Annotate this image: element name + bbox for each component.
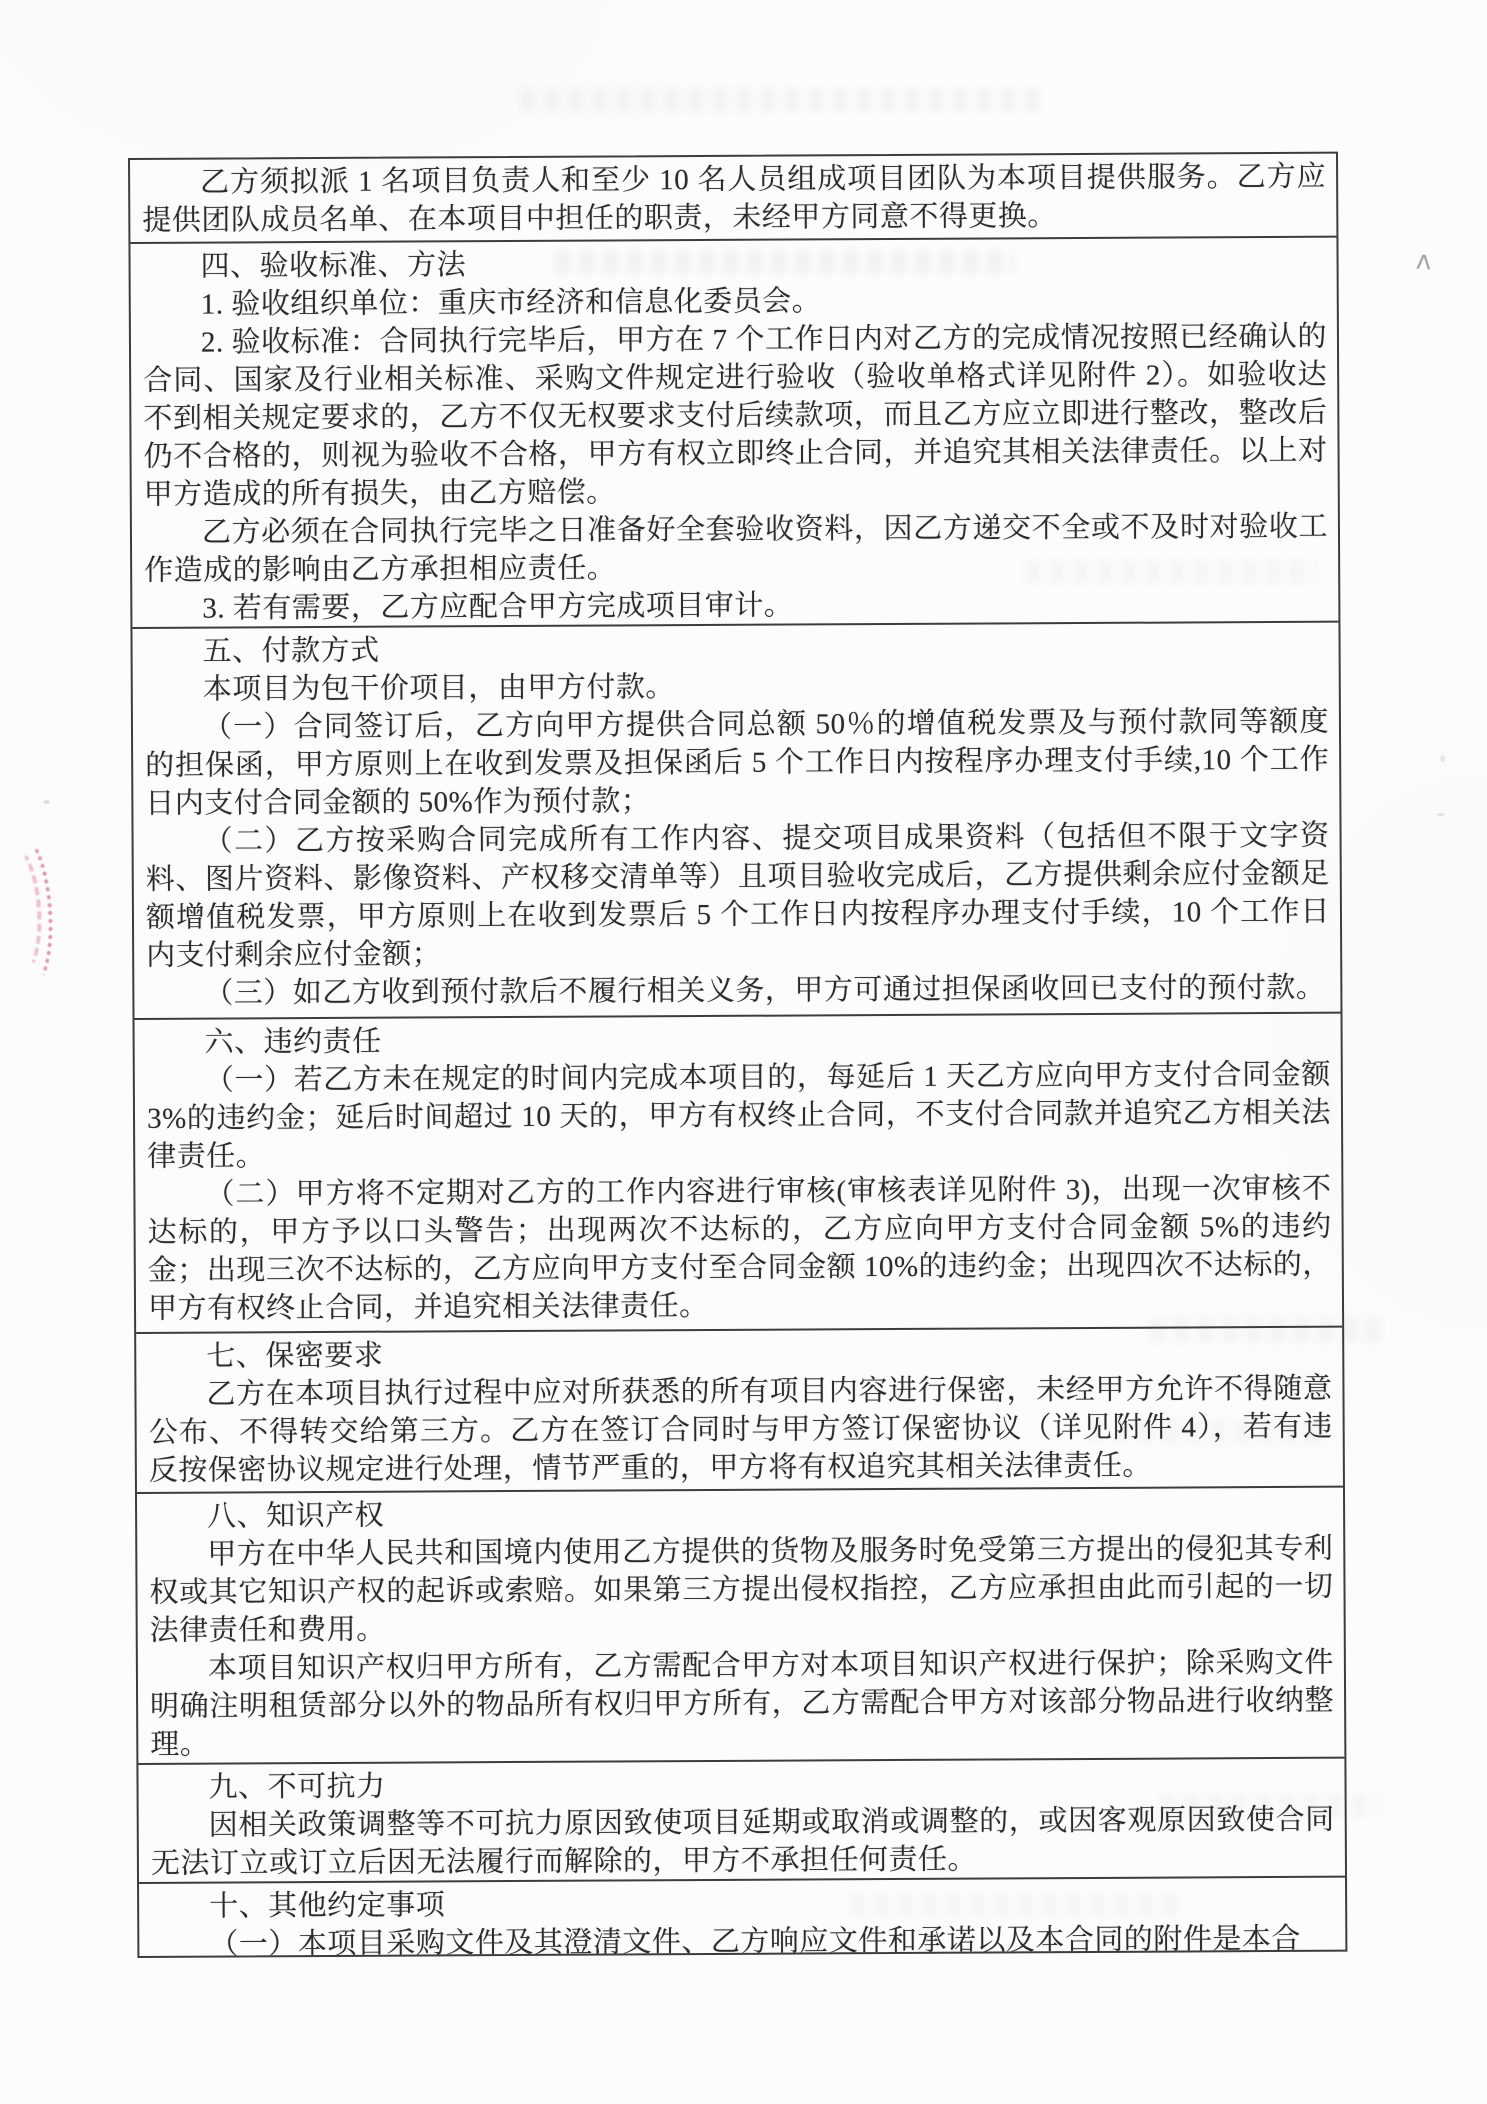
paragraph: 3. 若有需要，乙方应配合甲方完成项目审计。: [144, 584, 1328, 627]
table-row-force-majeure: 九、不可抗力 因相关政策调整等不可抗力原因致使项目延期或取消或调整的，或因客观原…: [138, 1757, 1345, 1882]
pink-ink-mark: [0, 831, 57, 990]
paragraph: （一）本项目采购文件及其澄清文件、乙方响应文件和承诺以及本合同的附件是本合: [151, 1920, 1335, 1956]
paragraph: 乙方必须在合同执行完毕之日准备好全套验收资料，因乙方递交不全或不及时对验收工作造…: [144, 508, 1328, 590]
contract-terms-table: 乙方须拟派 1 名项目负责人和至少 10 名人员组成项目团队为本项目提供服务。乙…: [128, 152, 1347, 1958]
paragraph: 乙方须拟派 1 名项目负责人和至少 10 名人员组成项目团队为本项目提供服务。乙…: [142, 158, 1326, 240]
section-heading: 五、付款方式: [144, 627, 1328, 671]
scan-speck: [1436, 813, 1445, 816]
table-row-intellectual-property: 八、知识产权 甲方在中华人民共和国境内使用乙方提供的货物及服务时免受第三方提出的…: [137, 1486, 1344, 1763]
paragraph: （二）甲方将不定期对乙方的工作内容进行审核(审核表详见附件 3)，出现一次审核不…: [147, 1170, 1332, 1328]
paragraph: 2. 验收标准：合同执行完毕后，甲方在 7 个工作日内对乙方的完成情况按照已经确…: [143, 318, 1328, 514]
paragraph: 乙方在本项目执行过程中应对所获悉的所有项目内容进行保密，未经甲方允许不得随意公布…: [148, 1370, 1333, 1490]
paragraph: 本项目知识产权归甲方所有，乙方需配合甲方对本项目知识产权进行保护；除采购文件明确…: [150, 1644, 1335, 1763]
scan-caret-mark: ᴧ: [1415, 246, 1432, 277]
section-heading: 七、保密要求: [148, 1332, 1332, 1376]
paragraph: 本项目为包干价项目，由甲方付款。: [145, 665, 1329, 709]
paragraph: 因相关政策调整等不可抗力原因致使项目延期或取消或调整的，或因客观原因致使合同无法…: [151, 1801, 1335, 1882]
scan-speck: [43, 800, 50, 804]
table-row-breach-liability: 六、违约责任 （一）若乙方未在规定的时间内完成本项目的，每延后 1 天乙方应向甲…: [135, 1012, 1343, 1332]
paragraph: 甲方在中华人民共和国境内使用乙方提供的货物及服务时免受第三方提出的侵犯其专利权或…: [149, 1530, 1334, 1650]
section-heading: 八、知识产权: [149, 1492, 1333, 1536]
section-heading: 六、违约责任: [147, 1018, 1331, 1062]
table-row-confidentiality: 七、保密要求 乙方在本项目执行过程中应对所获悉的所有项目内容进行保密，未经甲方允…: [136, 1326, 1343, 1492]
paragraph: （一）合同签订后，乙方向甲方提供合同总额 50％的增值税发票及与预付款同等额度的…: [145, 703, 1330, 823]
scan-speck: [1440, 755, 1445, 762]
bleed-through-smudge: [520, 88, 1040, 112]
paragraph: 1. 验收组织单位：重庆市经济和信息化委员会。: [143, 280, 1327, 324]
paragraph: （三）如乙方收到预付款后不履行相关义务，甲方可通过担保函收回已支付的预付款。: [146, 969, 1330, 1013]
scanned-contract-page: ᴧ 乙方须拟派 1 名项目负责人和至少 10 名人员组成项目团队为本项目提供服务…: [0, 0, 1487, 2104]
paragraph: （二）乙方按采购合同完成所有工作内容、提交项目成果资料（包括但不限于文字资料、图…: [145, 817, 1330, 975]
table-row-project-team: 乙方须拟派 1 名项目负责人和至少 10 名人员组成项目团队为本项目提供服务。乙…: [130, 154, 1336, 242]
section-heading: 九、不可抗力: [150, 1763, 1334, 1807]
table-row-payment-terms: 五、付款方式 本项目为包干价项目，由甲方付款。 （一）合同签订后，乙方向甲方提供…: [132, 621, 1340, 1018]
pink-ink-mark: [0, 844, 45, 977]
paragraph: （一）若乙方未在规定的时间内完成本项目的，每延后 1 天乙方应向甲方支付合同金额…: [147, 1056, 1332, 1176]
table-row-acceptance-criteria: 四、验收标准、方法 1. 验收组织单位：重庆市经济和信息化委员会。 2. 验收标…: [130, 236, 1338, 627]
section-heading: 四、验收标准、方法: [142, 242, 1326, 286]
section-heading: 十、其他约定事项: [151, 1882, 1335, 1926]
table-row-other-provisions: 十、其他约定事项 （一）本项目采购文件及其澄清文件、乙方响应文件和承诺以及本合同…: [139, 1876, 1345, 1956]
